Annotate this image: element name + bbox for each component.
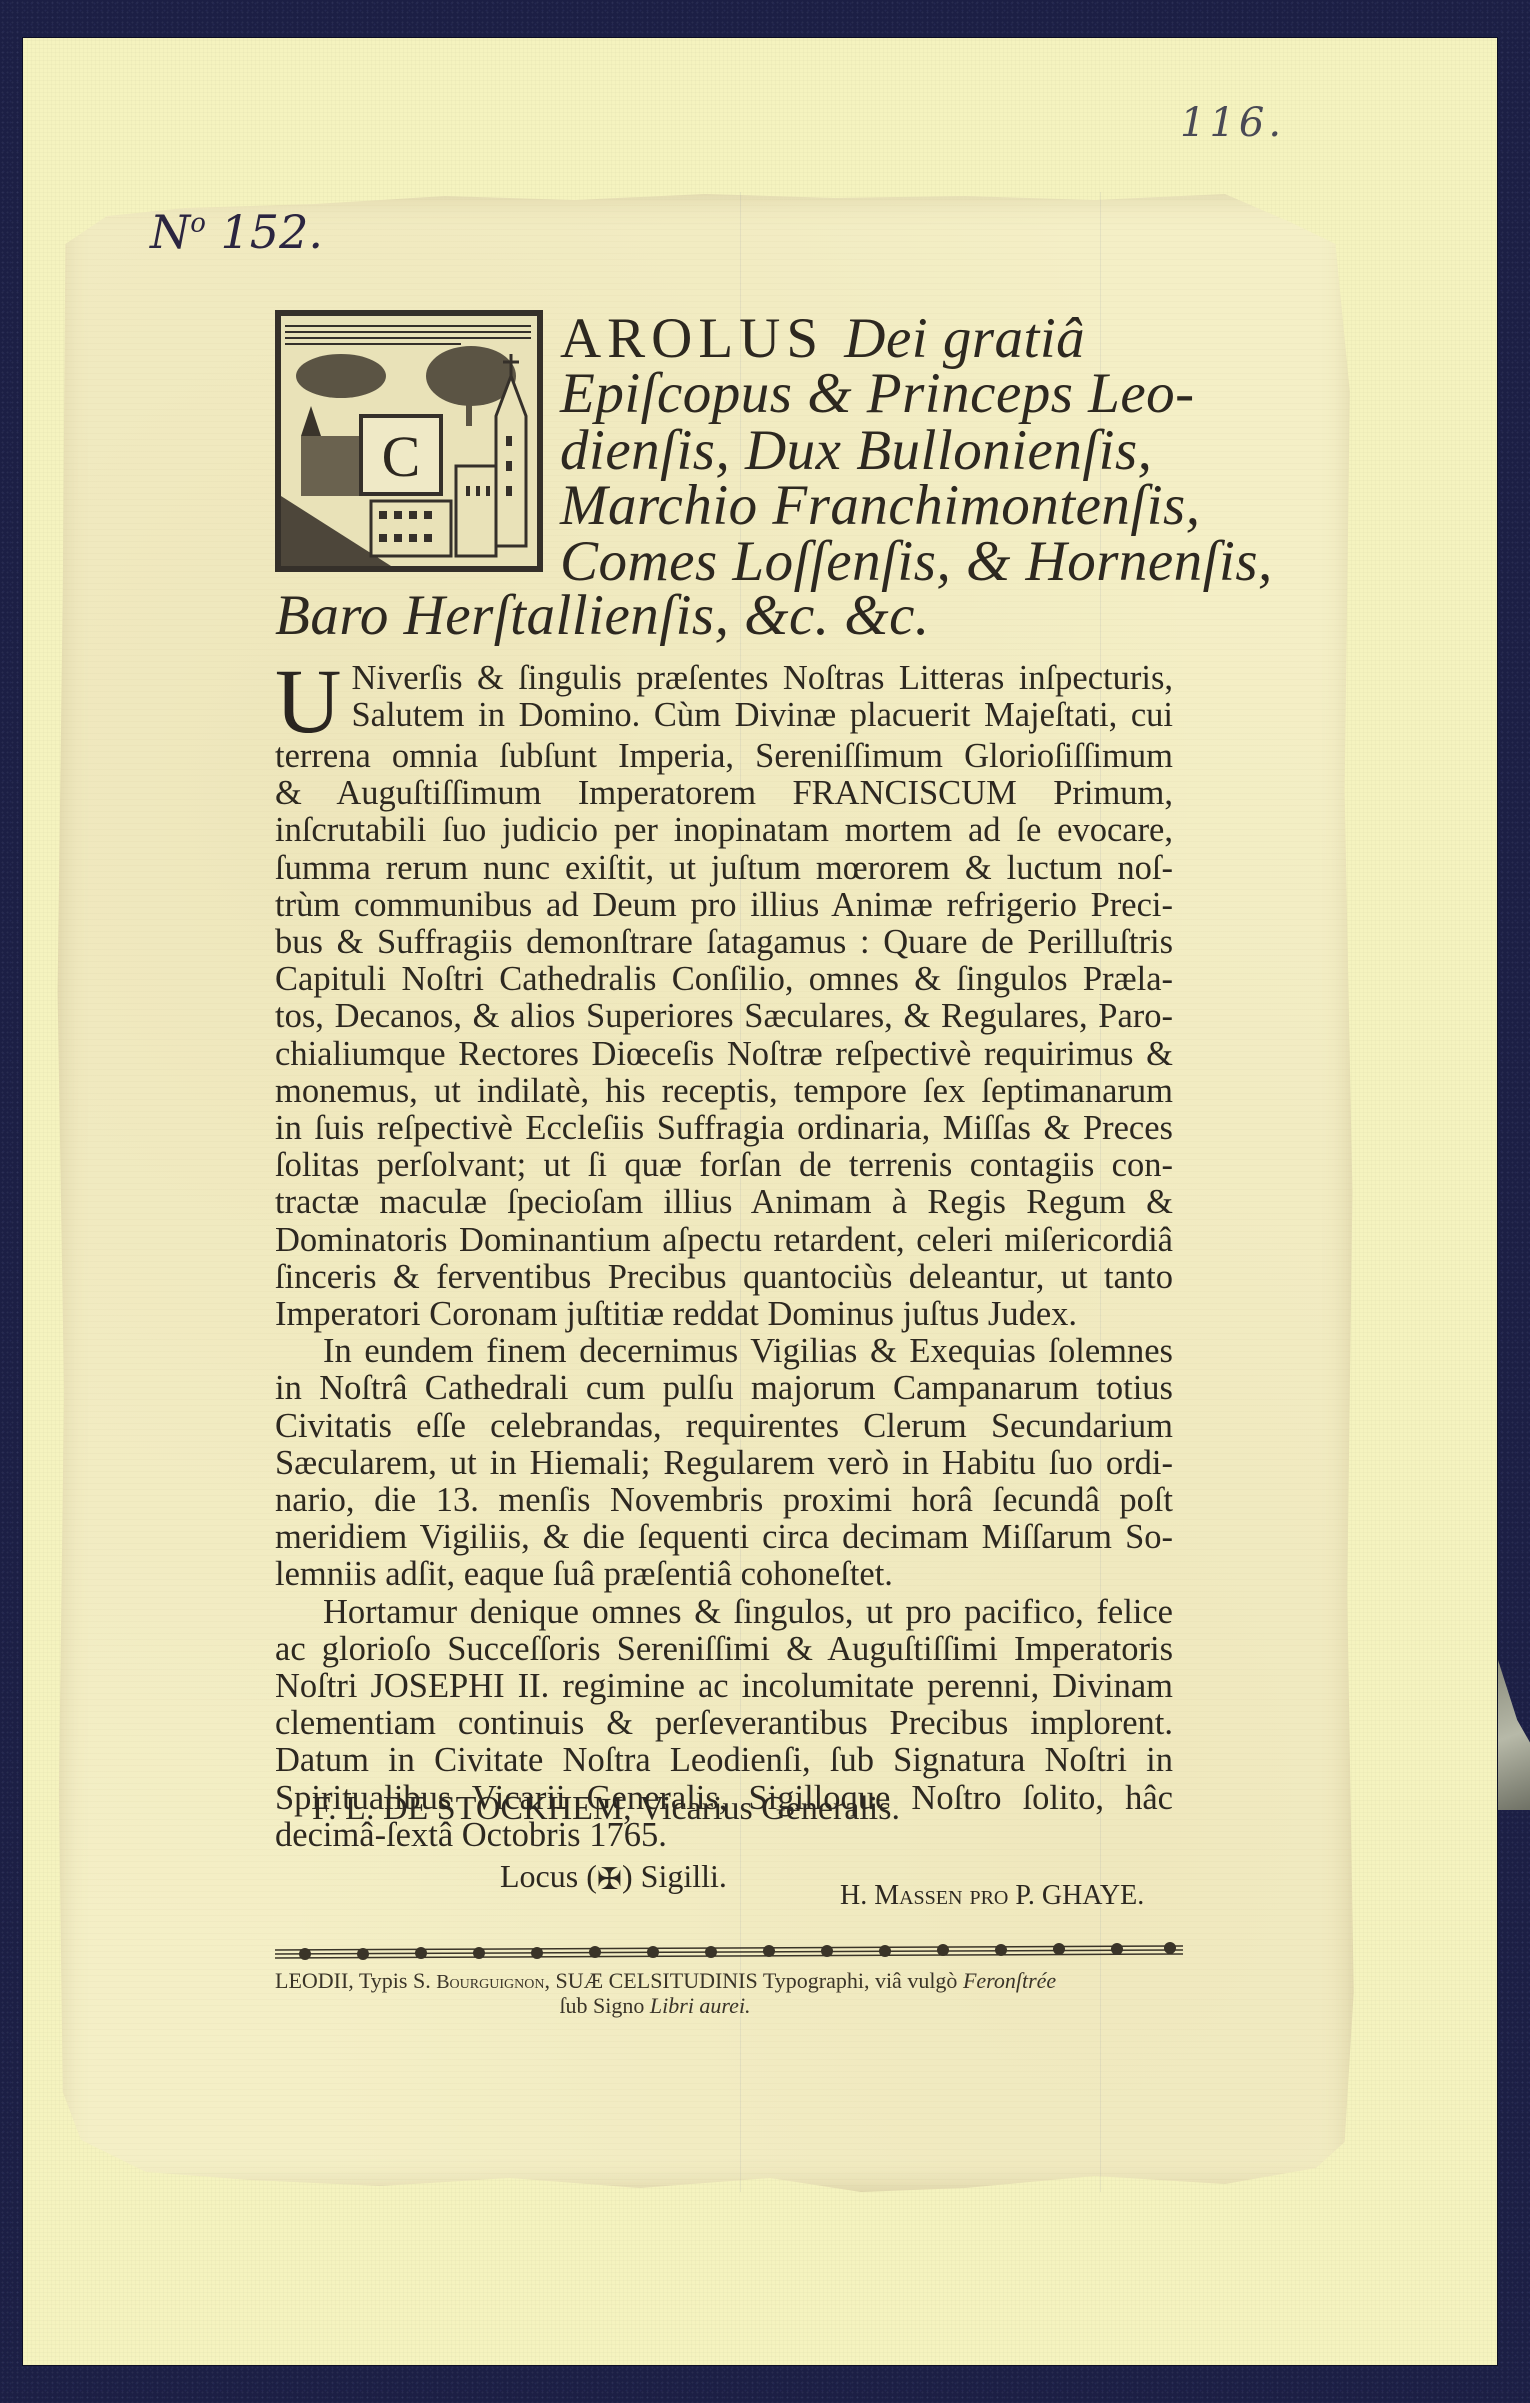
text-line: Datum in Civitate Noſtra Leodienſi, ſub …: [275, 1742, 1173, 1779]
text-line: Dominatoris Dominantium aſpectu retarden…: [275, 1222, 1173, 1259]
text-line: in Noſtrâ Cathedrali cum pulſu majorum C…: [275, 1370, 1173, 1407]
heading-line-1: AROLUS Dei gratiâ: [560, 310, 1085, 367]
heading-line-2: Epiſcopus & Princeps Leo-: [560, 365, 1195, 422]
imprint-street: Feronſtrée: [963, 1968, 1056, 1993]
heading-line-4: Marchio Franchimontenſis,: [560, 477, 1200, 534]
heading-line-3: dienſis, Dux Bullonienſis,: [560, 422, 1152, 479]
text-line: Hortamur denique omnes & ſingulos, ut pr…: [275, 1594, 1173, 1631]
text-line: monemus, ut indilatè, his receptis, temp…: [275, 1073, 1173, 1110]
text-line: chialiumque Rectores Diœceſis Noſtræ reſ…: [275, 1036, 1173, 1073]
catalog-number: No 152.: [150, 205, 323, 259]
text-line: nario, die 13. menſis Novembris proximi …: [275, 1482, 1173, 1519]
seal-location: Locus (✠) Sigilli.: [500, 1858, 727, 1895]
mount-clip: [1498, 1660, 1530, 1810]
text-line: meridiem Vigiliis, & die ſequenti circa …: [275, 1519, 1173, 1556]
text-line: inſcrutabili ſuo judicio per inopinatam …: [275, 812, 1173, 849]
text-line: trùm communibus ad Deum pro illius Animæ…: [275, 887, 1173, 924]
paragraph-1-opening: U Niverſis & ſingulis præſentes Noſtras …: [275, 660, 1173, 738]
imprint-title: , SUÆ CELSITUDINIS Typographi, viâ vulgò: [544, 1968, 957, 1993]
text-line: in ſuis reſpectivè Eccleſiis Suffragia o…: [275, 1110, 1173, 1147]
text-line: terrena omnia ſubſunt Imperia, Sereniſſi…: [275, 738, 1173, 775]
text-line: In eundem finem decernimus Vigilias & Ex…: [275, 1333, 1173, 1370]
seal-label-after: ) Sigilli.: [622, 1858, 727, 1894]
text-line: bus & Suffragiis demonſtrare ſatagamus :…: [275, 924, 1173, 961]
imprint-printer: Bourguignon: [436, 1971, 544, 1993]
text-line: Capituli Noſtri Cathedralis Conſilio, om…: [275, 961, 1173, 998]
proclamation-body: U Niverſis & ſingulis præſentes Noſtras …: [275, 660, 1173, 1854]
imprint-line-2: ſub Signo Libri aurei.: [445, 1993, 865, 2019]
heading-line-6: Baro Herſtallienſis, &c. &c.: [275, 587, 930, 644]
text-line: ſolitas perſolvant; ut ſi quæ forſan de …: [275, 1147, 1173, 1184]
folio-number: 116.: [1180, 100, 1285, 146]
text-line: Civitatis eſſe celebrandas, requirentes …: [275, 1408, 1173, 1445]
drop-cap: U: [275, 664, 341, 738]
heading-dei-gratia: Dei gratiâ: [844, 307, 1085, 370]
text-line: Salutem in Domino. Cùm Divinæ placuerit …: [275, 697, 1173, 734]
text-line: lemniis adſit, eaque ſuâ præſentiâ cohon…: [275, 1556, 1173, 1593]
text-line: clementiam continuis & perſeverantibus P…: [275, 1705, 1173, 1742]
catalog-superscript: o: [190, 209, 206, 239]
text-line: tos, Decanos, & alios Superiores Sæcular…: [275, 998, 1173, 1035]
text-line: Sæcularem, ut in Hiemali; Regularem verò…: [275, 1445, 1173, 1482]
text-line: ac glorioſo Succeſſoris Sereniſſimi & Au…: [275, 1631, 1173, 1668]
seal-label-before: Locus (: [500, 1858, 597, 1894]
ornamental-rule-icon: [275, 1942, 1183, 1962]
text-line: tractæ maculæ ſpecioſam illius Animam à …: [275, 1184, 1173, 1221]
countersignature: H. Massen pro P. GHAYE.: [840, 1880, 1144, 1912]
imprint-sign-label: ſub Signo: [559, 1993, 644, 2018]
heading-line-5: Comes Loſſenſis, & Hornenſis,: [560, 533, 1273, 590]
text-line: Imperatori Coronam juſtitiæ reddat Domin…: [275, 1296, 1173, 1333]
imprint-city: LEODII, Typis S.: [275, 1968, 431, 1993]
text-line: Noſtri JOSEPHI II. regimine ac incolumit…: [275, 1668, 1173, 1705]
cross-icon: ✠: [597, 1862, 622, 1897]
svg-text:C: C: [382, 424, 421, 489]
woodcut-initial-icon: C: [275, 310, 543, 572]
text-line: & Auguſtiſſimum Imperatorem FRANCISCUM P…: [275, 775, 1173, 812]
catalog-prefix: N: [150, 205, 190, 259]
text-line: ſinceris & ferventibus Precibus quantoci…: [275, 1259, 1173, 1296]
imprint-line-1: LEODII, Typis S. Bourguignon, SUÆ CELSIT…: [275, 1968, 1195, 1994]
vicar-signature: F. L. DE STOCKHEM, Vicarius Generalis.: [312, 1790, 900, 1828]
text-line: Niverſis & ſingulis præſentes Noſtras Li…: [275, 660, 1173, 697]
text-line: ſumma rerum nunc exiſtit, ut juſtum mœro…: [275, 850, 1173, 887]
heading-name: AROLUS: [560, 307, 824, 370]
imprint-sign-name: Libri aurei.: [650, 1993, 751, 2018]
catalog-value: 152.: [221, 205, 323, 259]
